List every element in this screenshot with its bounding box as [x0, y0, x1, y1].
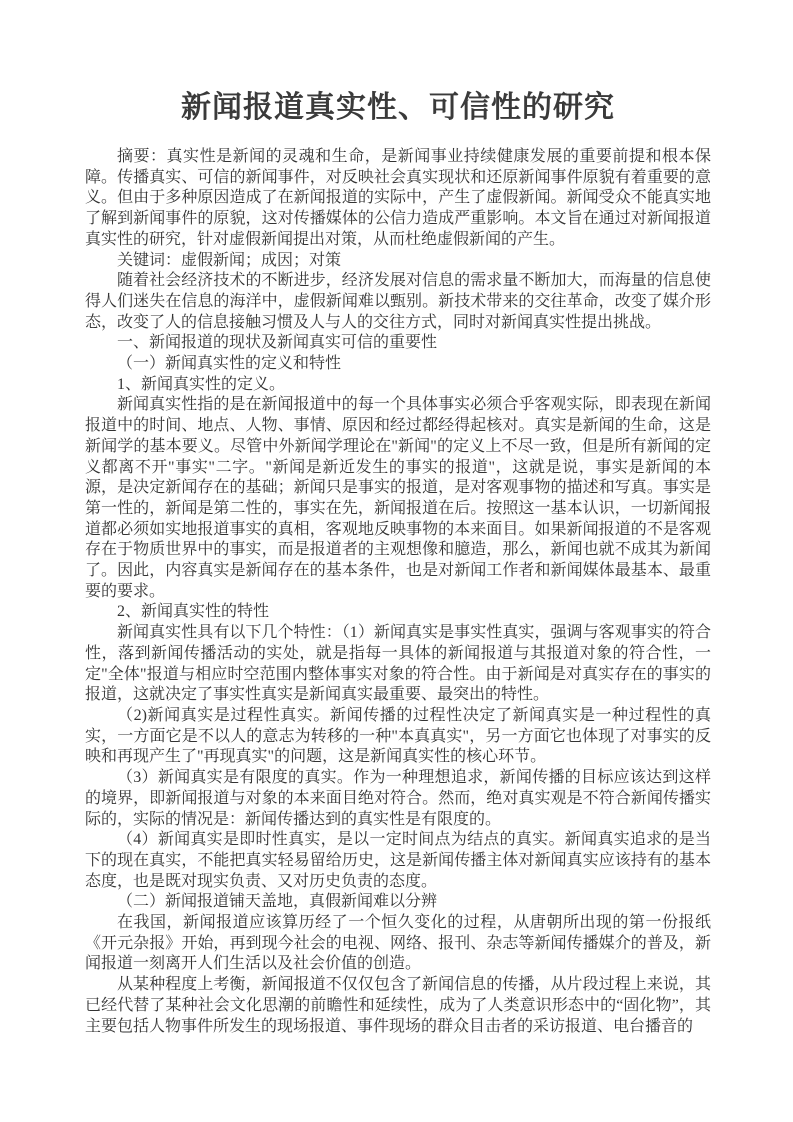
document-body: 摘要：真实性是新闻的灵魂和生命，是新闻事业持续健康发展的重要前提和根本保障。传播…	[85, 147, 711, 1037]
abstract-paragraph: 摘要：真实性是新闻的灵魂和生命，是新闻事业持续健康发展的重要前提和根本保障。传播…	[85, 147, 711, 251]
subheading-characteristics: 2、新闻真实性的特性	[85, 602, 711, 623]
subsection-heading-1-2: （二）新闻报道铺天盖地，真假新闻难以分辨	[85, 892, 711, 913]
subsection-heading-1-1: （一）新闻真实性的定义和特性	[85, 354, 711, 375]
paragraph-definition: 新闻真实性指的是在新闻报道中的每一个具体事实必须合乎客观实际，即表现在新闻报道中…	[85, 395, 711, 602]
document-page: 新闻报道真实性、可信性的研究 摘要：真实性是新闻的灵魂和生命，是新闻事业持续健康…	[0, 0, 793, 1122]
paragraph-characteristic-3: （3）新闻真实是有限度的真实。作为一种理想追求，新闻传播的目标应该达到这样的境界…	[85, 768, 711, 830]
subheading-definition: 1、新闻真实性的定义。	[85, 375, 711, 396]
paragraph-characteristic-4: （4）新闻真实是即时性真实，是以一定时间点为结点的真实。新闻真实追求的是当下的现…	[85, 830, 711, 892]
paragraph-characteristic-1: 新闻真实性具有以下几个特性：（1）新闻真实是事实性真实，强调与客观事实的符合性，…	[85, 623, 711, 706]
paragraph-scope: 从某种程度上考衡，新闻报道不仅仅包含了新闻信息的传播，从片段过程上来说，其已经代…	[85, 975, 711, 1037]
keywords-line: 关键词：虚假新闻；成因；对策	[85, 251, 711, 272]
section-heading-1: 一、新闻报道的现状及新闻真实可信的重要性	[85, 333, 711, 354]
intro-paragraph: 随着社会经济技术的不断进步，经济发展对信息的需求量不断加大，而海量的信息使得人们…	[85, 271, 711, 333]
document-title: 新闻报道真实性、可信性的研究	[85, 86, 711, 130]
paragraph-history: 在我国，新闻报道应该算历经了一个恒久变化的过程，从唐朝所出现的第一份报纸《开元杂…	[85, 913, 711, 975]
paragraph-characteristic-2: （2)新闻真实是过程性真实。新闻传播的过程性决定了新闻真实是一种过程性的真实，一…	[85, 706, 711, 768]
